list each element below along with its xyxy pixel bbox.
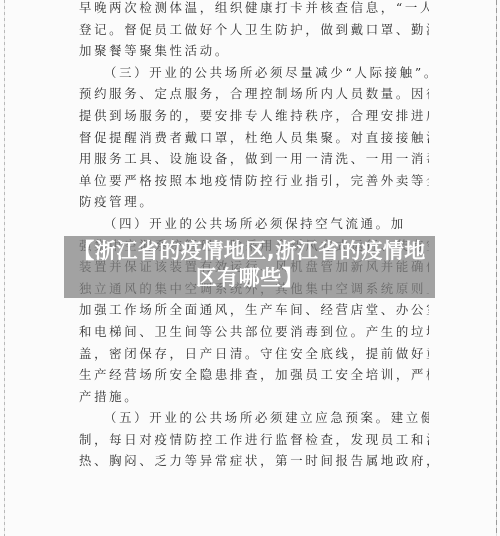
doc-line: 提供到场服务的，要安排专人维持秩序，合理安排进店人员间距， [79, 105, 429, 127]
doc-line: 产措施。 [79, 386, 429, 408]
doc-line: （五）开业的公共场所必须建立应急预案。建立健全自检机 [79, 407, 429, 429]
doc-line: 和电梯间、卫生间等公共部位要消毒到位。产生的垃圾应套袋加 [79, 321, 429, 343]
doc-line: 生产经营场所安全隐患排查，加强员工安全培训，严格落实安全生 [79, 364, 429, 386]
doc-line: 登记。督促员工做好个人卫生防护，做到戴口罩、勤洗手，避免参 [79, 19, 429, 41]
doc-line: 加聚餐等聚集性活动。 [79, 40, 429, 62]
doc-line: 盖，密闭保存，日产日清。守住安全底线，提前做好重点设施设备、 [79, 343, 429, 365]
page-right-edge [496, 0, 497, 536]
doc-line: 单位要严格按照本地疫情防控行业指引，完善外卖等全流程卫生 [79, 170, 429, 192]
doc-line: 用服务工具、设施设备，做到一用一清洗、一用一消毒。餐饮服务 [79, 148, 429, 170]
doc-line: 预约服务、定点服务，合理控制场所内人员数量。因行业特性必须 [79, 83, 429, 105]
doc-line: （三）开业的公共场所必须尽量减少“人际接触”。积极采用 [79, 62, 429, 84]
overlay-title: 【浙江省的疫情地区,浙江省的疫情地区有哪些】 [64, 238, 435, 292]
doc-line: （四）开业的公共场所必须保持空气流通。加 [79, 213, 429, 235]
doc-line: 早晚两次检测体温，组织健康打卡并核查信息，“一人一档”做好 [79, 0, 429, 19]
doc-line: 防疫管理。 [79, 191, 429, 213]
doc-line: 制，每日对疫情防控工作进行监督检查，发现员工和消费者存在发 [79, 429, 429, 451]
doc-line: 加强工作场所全面通风，生产车间、经营店堂、办公室等重要区域 [79, 299, 429, 321]
page-left-edge [4, 0, 5, 536]
doc-line: 督促提醒消费者戴口罩，杜绝人员集聚。对直接接触消费者的共 [79, 127, 429, 149]
doc-line: 热、胸闷、乏力等异常症状，第一时间报告属地政府，并实施隔离、 [79, 450, 429, 472]
